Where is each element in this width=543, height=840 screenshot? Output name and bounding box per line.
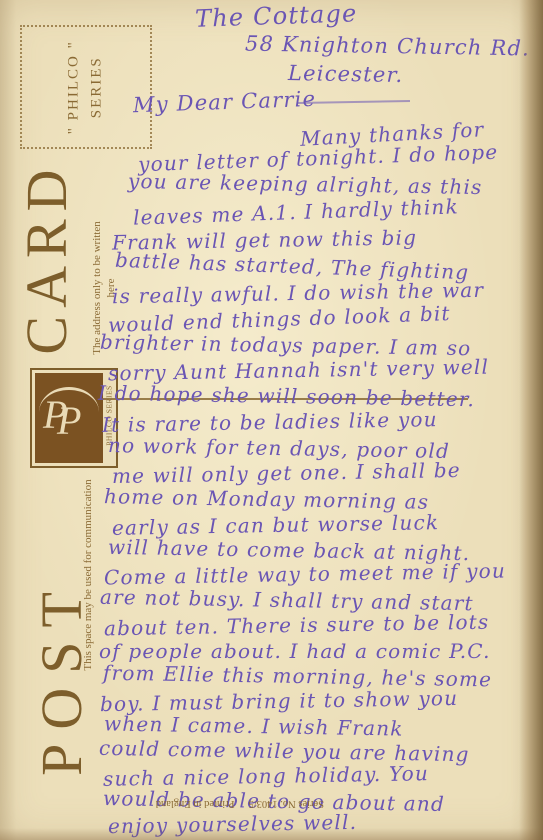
post-word: POST (28, 552, 88, 802)
handwritten-address-line: 58 Knighton Church Rd. (245, 32, 530, 61)
printed-in-england: Printed in England (156, 795, 235, 809)
communication-note: This space may be used for communication (82, 430, 98, 720)
monogram-letter: P (57, 401, 81, 441)
handwriting-line: about ten. There is sure to be lots (104, 610, 490, 641)
philco-label: " PHILCO " (63, 40, 86, 134)
handwriting-line: me will only get one. I shall be (112, 458, 461, 488)
stamp-box-label: " PHILCO " SERIES (63, 40, 110, 134)
handwritten-greeting: My Dear Carrie (133, 87, 317, 117)
series-number: Series No. 1403/5 (248, 795, 324, 809)
handwriting-line: of people about. I had a comic P.C. (99, 639, 491, 663)
address-note-line1: The address only to be written (91, 178, 105, 398)
handwriting-line: sorry Aunt Hannah isn't very well (108, 355, 489, 386)
series-label: SERIES (86, 40, 109, 134)
handwritten-address-line: Leicester. (288, 61, 404, 87)
stamp-box: " PHILCO " SERIES (20, 25, 152, 149)
bottom-imprint: Series No. 1403/5 Printed in England (112, 795, 324, 809)
handwritten-address-line: The Cottage (195, 0, 358, 33)
handwriting-line: It is rare to be ladies like you (102, 407, 438, 437)
handwriting-line: leaves me A.1. I hardly think (133, 194, 460, 229)
postcard: " PHILCO " SERIES CARD POST The address … (0, 0, 543, 840)
card-edge-shadow (519, 0, 543, 840)
handwriting-line: Come a little way to meet me if you (104, 558, 506, 589)
card-word: CARD (13, 153, 73, 363)
card-edge-shadow (0, 828, 543, 840)
handwriting-line: home on Monday morning as (104, 484, 430, 514)
philco-monogram-icon: P P (35, 373, 103, 463)
